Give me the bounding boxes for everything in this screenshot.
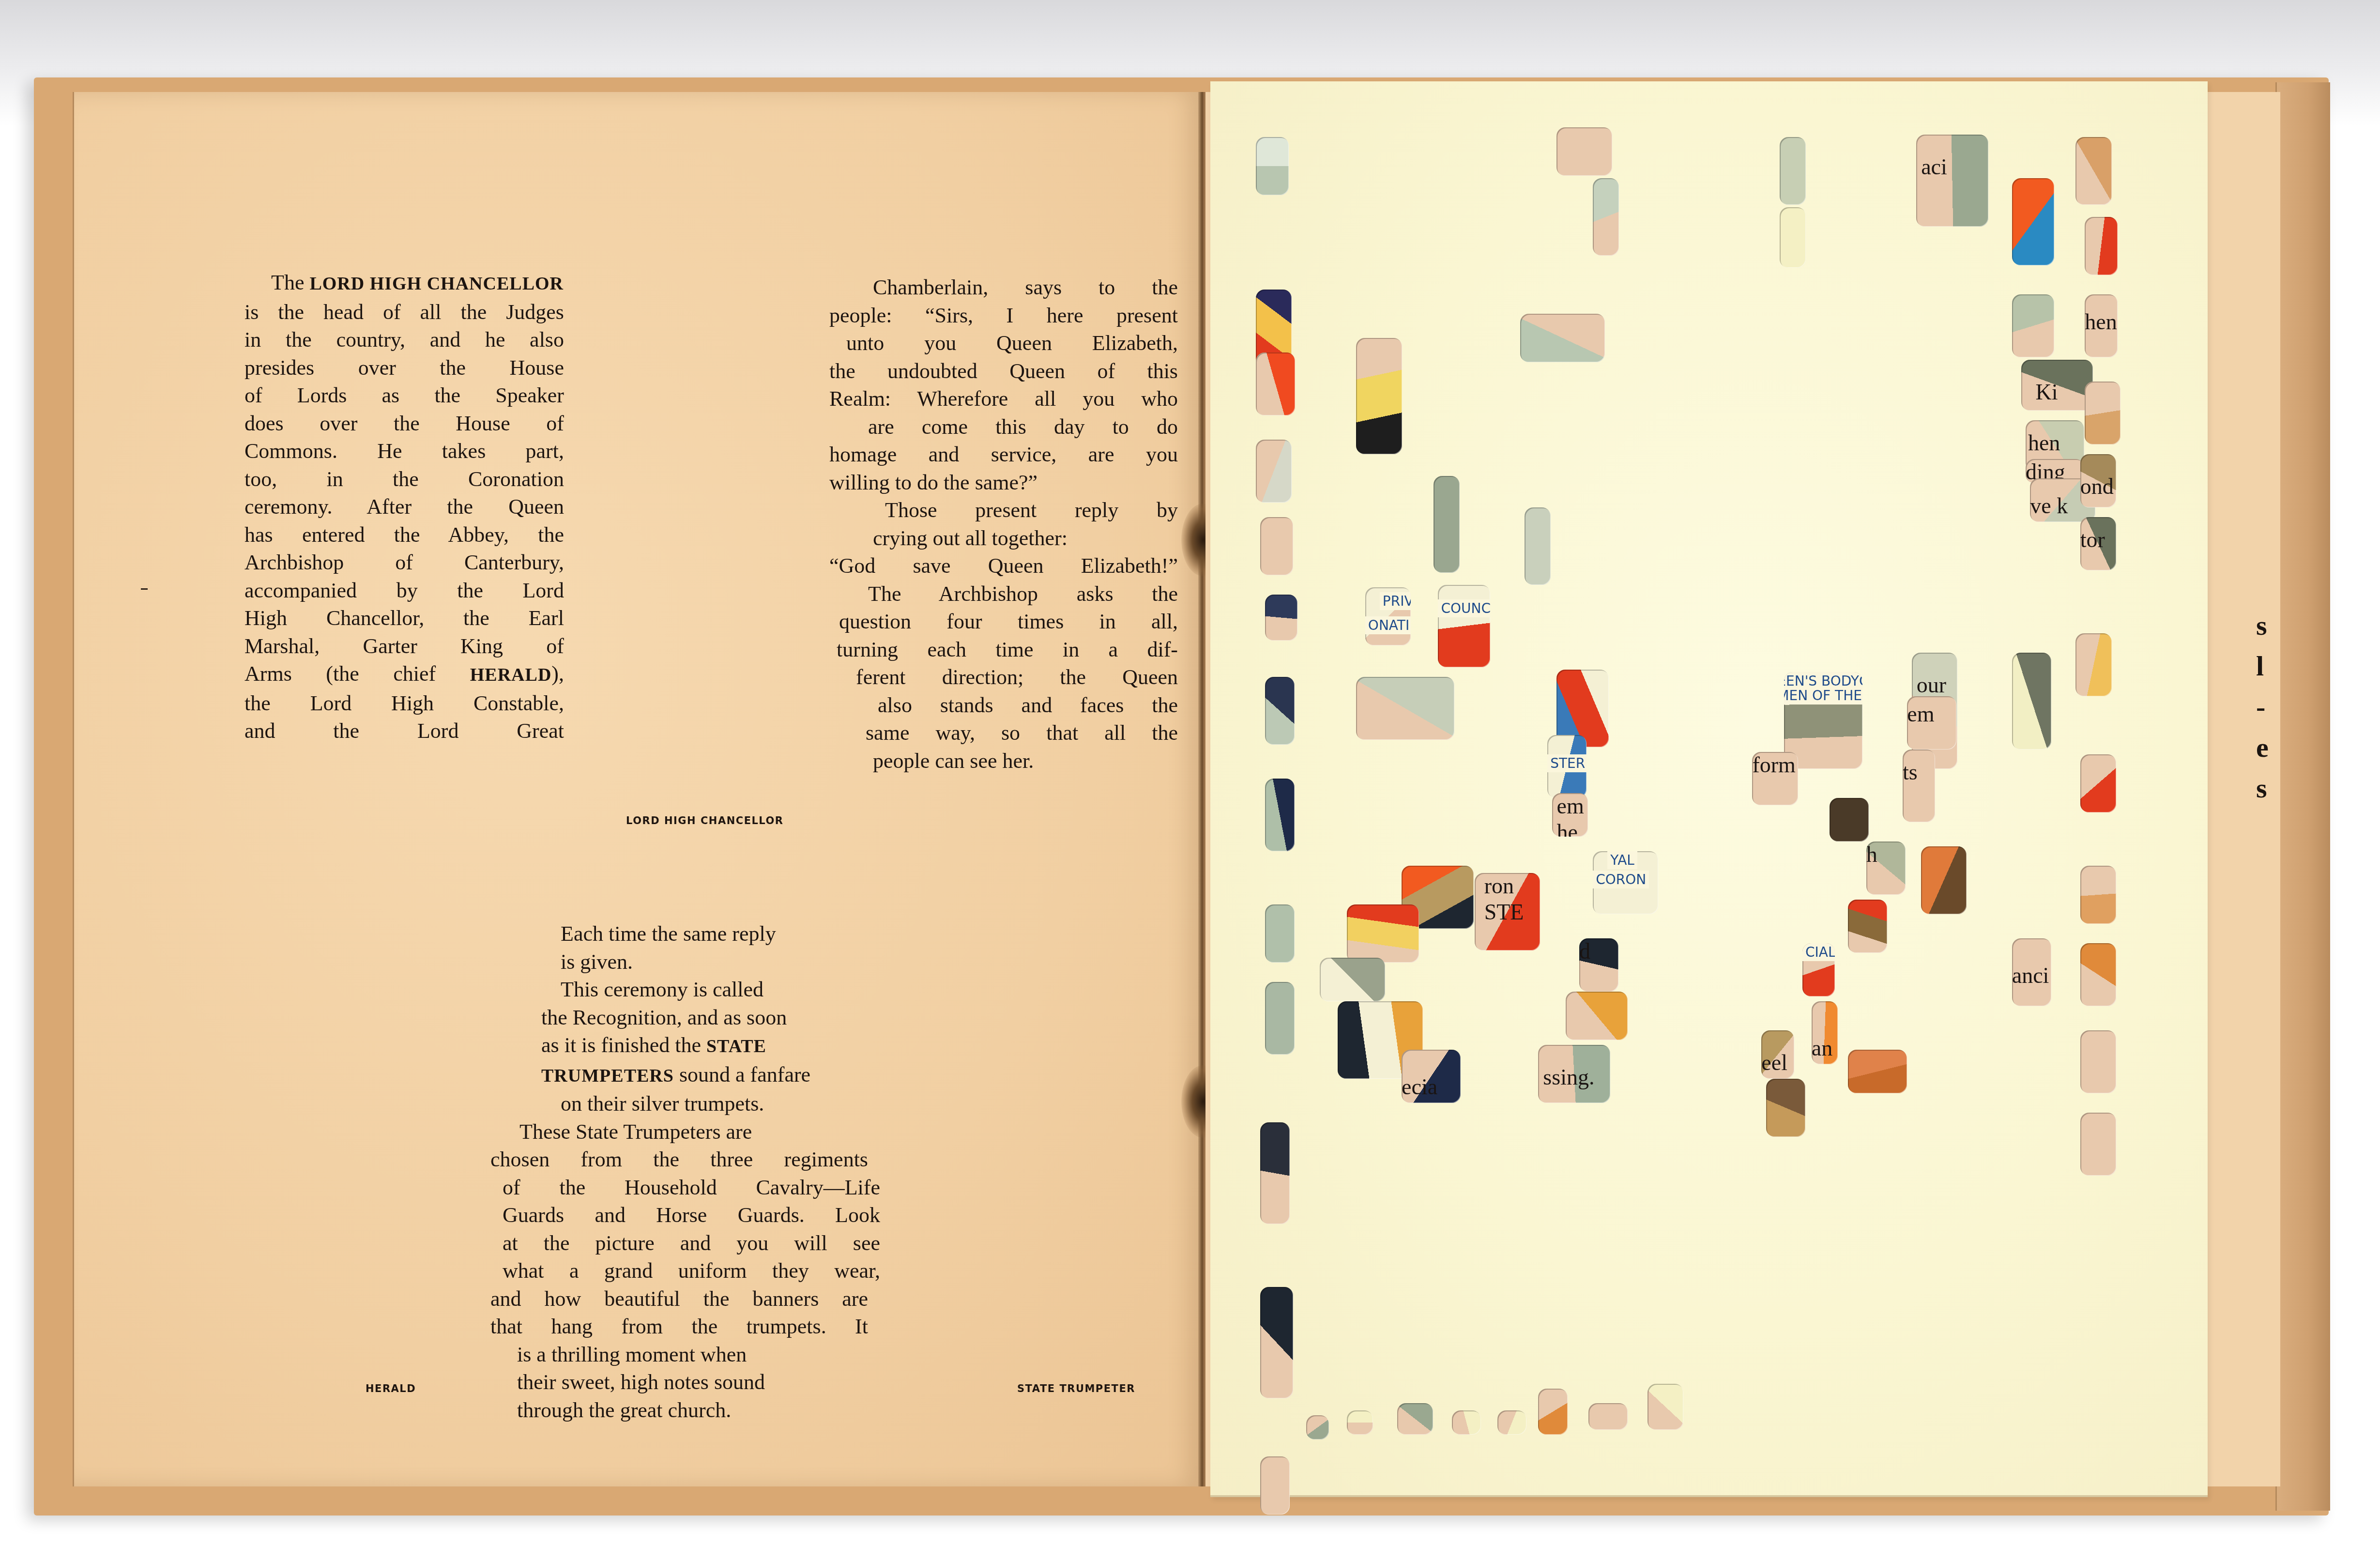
stencil-cutout-window: form	[1752, 752, 1798, 805]
stencil-cutout-window	[1525, 507, 1551, 585]
stencil-cutout-window	[2075, 633, 2111, 696]
stencil-cutout-window	[2080, 1113, 2116, 1176]
text-line: “God save Queen Elizabeth!”	[829, 552, 1178, 580]
stencil-cutout-window	[1260, 517, 1293, 575]
fragment-text: ts	[1903, 759, 1918, 785]
text-line: Arms (the chief HERALD),	[244, 660, 564, 689]
underlying-letter: l	[2256, 646, 2275, 687]
stencil-cutout-window	[1265, 595, 1298, 641]
caption-state-trumpeter: STATE TRUMPETER	[1017, 1383, 1135, 1394]
stencil-cutout-window: anci	[2012, 938, 2051, 1006]
text-line: of Lords as the Speaker	[244, 382, 564, 410]
text-line: This ceremony is called	[490, 976, 897, 1004]
stencil-cutout-window	[1265, 904, 1295, 963]
stencil-cutout-window	[1306, 1415, 1329, 1439]
stencil-cutout-window: ond	[2080, 454, 2116, 507]
underlying-letter: e	[2256, 727, 2275, 768]
stencil-cutout-window: PRIVONATI	[1365, 587, 1411, 645]
text-line: and the Lord Great	[244, 717, 564, 745]
fragment-label: MEN OF THE GUAR	[1784, 687, 1862, 704]
text-line: are come this day to do	[829, 413, 1178, 441]
text-line: Marshal, Garter King of	[244, 632, 564, 660]
text-line: same way, so that all the	[829, 719, 1178, 747]
text-line: ceremony. After the Queen	[244, 493, 564, 521]
fragment-text: ve k	[2030, 493, 2068, 519]
stencil-cutout-window	[2080, 754, 2116, 812]
stencil-cutout-window	[1593, 178, 1619, 256]
stencil-cutout-window: em he	[1552, 793, 1588, 837]
text-line: through the great church.	[490, 1396, 897, 1424]
caption-herald: HERALD	[366, 1383, 416, 1394]
stencil-cutout-window	[1452, 1410, 1481, 1435]
stencil-cutout-window: h	[1866, 842, 1906, 895]
stencil-cutout-window	[1260, 1122, 1290, 1224]
text-line: at the picture and you will see	[490, 1229, 880, 1257]
stencil-cutout-window	[1921, 846, 1967, 914]
stencil-cutout-window	[1566, 992, 1628, 1040]
fragment-label: ONATI	[1365, 616, 1411, 634]
text-line: High Chancellor, the Earl	[244, 604, 564, 632]
stencil-cutout-window	[2012, 294, 2055, 357]
stencil-cutout-window: YALCORON	[1593, 851, 1658, 914]
stencil-cutout-window	[2012, 178, 2055, 265]
fragment-text: hen	[2028, 430, 2060, 456]
stencil-cutout-window	[2085, 217, 2118, 275]
stencil-cutout-window: ecia	[1402, 1050, 1461, 1103]
fragment-label: CIAL	[1802, 943, 1835, 961]
text-line: question four times in all,	[829, 608, 1178, 636]
text-line: the undoubted Queen of this	[829, 357, 1178, 385]
text-line: The Archbishop asks the	[829, 580, 1178, 608]
stencil-cutout-window	[1520, 314, 1605, 362]
stencil-cutout-window: hen	[2085, 294, 2118, 357]
fragment-text: ssing.	[1543, 1064, 1594, 1090]
text-column-lord-chancellor: The LORD HIGH CHANCELLORis the head of a…	[244, 269, 564, 745]
stencil-cutout-window: tor	[2080, 517, 2116, 570]
stencil-cutout-window	[2080, 1030, 2116, 1093]
stencil-cutout-window: CIAL	[1802, 943, 1835, 996]
stencil-cutout-window	[1256, 137, 1289, 195]
text-line: Commons. He takes part,	[244, 437, 564, 465]
text-line: on their silver trumpets.	[490, 1090, 897, 1118]
fragment-text: h	[1866, 842, 1877, 868]
text-line: crying out all together:	[829, 524, 1178, 552]
text-line: homage and service, are you	[829, 441, 1178, 469]
stencil-cutout-window	[1256, 352, 1295, 415]
text-line: their sweet, high notes sound	[490, 1368, 897, 1396]
stencil-cutout-window	[2080, 943, 2116, 1006]
text-line: These State Trumpeters are	[490, 1118, 897, 1146]
stencil-cutout-window: aci	[1916, 135, 1988, 227]
text-line: Those present reply by	[829, 496, 1178, 524]
fragment-label: PRIV	[1380, 592, 1411, 610]
fragment-text: d	[1579, 938, 1590, 964]
stencil-cutout-window	[1848, 1050, 1907, 1093]
stencil-cutout-window	[2085, 382, 2121, 444]
fragment-label: YAL	[1607, 851, 1637, 869]
stencil-cutout-window	[1588, 1403, 1628, 1430]
stencil-cutout-window	[1780, 137, 1806, 205]
text-line: in the country, and he also	[244, 326, 564, 354]
stencil-cutout-window: STER	[1547, 735, 1587, 798]
text-line: TRUMPETERS sound a fanfare	[490, 1061, 897, 1090]
stencil-cutout-window	[1347, 1410, 1373, 1435]
text-line: of the Household Cavalry—Life	[490, 1174, 880, 1202]
stencil-cutout-window: an	[1812, 1001, 1838, 1064]
text-column-trumpeters: Each time the same replyis given.This ce…	[490, 920, 897, 1424]
fragment-text: tor	[2080, 527, 2105, 553]
left-page: The LORD HIGH CHANCELLORis the head of a…	[73, 92, 1202, 1486]
underlying-letter: -	[2256, 687, 2275, 727]
underlying-letter: s	[2256, 768, 2275, 809]
caption-lord-high-chancellor: LORD HIGH CHANCELLOR	[626, 815, 784, 827]
stencil-cutout-window	[1830, 798, 1869, 842]
stencil-cutout-window	[1848, 900, 1887, 953]
underlying-letter: s	[2256, 605, 2275, 646]
stencil-cutout-window	[2080, 866, 2116, 924]
fragment-text: form	[1752, 752, 1795, 778]
text-line: has entered the Abbey, the	[244, 521, 564, 549]
stencil-cutout-window	[1347, 904, 1419, 963]
stencil-cutout-window	[1265, 677, 1295, 745]
fragment-text: ecia	[1402, 1074, 1437, 1100]
stencil-cutout-window: eel	[1761, 1030, 1794, 1079]
fragment-label: CORON	[1593, 871, 1649, 888]
stencil-cutout-window	[1397, 1403, 1433, 1435]
stencil-cutout-window: EEN'S BODYGUARDMEN OF THE GUAR	[1784, 672, 1862, 769]
stencil-cutout-page: aciKihendingve kPRIVONATICOUNCISTERem he…	[1210, 81, 2208, 1497]
text-line: people can see her.	[829, 747, 1178, 775]
text-line: chosen from the three regiments	[490, 1146, 868, 1174]
stencil-cutout-window: em	[1907, 696, 1956, 750]
fragment-label: COUNCI	[1438, 599, 1490, 617]
fragment-text: em	[1907, 701, 1934, 727]
text-line: accompanied by the Lord	[244, 577, 564, 605]
fragment-text: em he	[1557, 793, 1584, 837]
stencil-cutout-window	[1780, 207, 1806, 268]
text-line: is given.	[490, 948, 897, 976]
text-line: presides over the House	[244, 354, 564, 382]
fragment-text: an	[1812, 1035, 1832, 1061]
text-line: ferent direction; the Queen	[829, 663, 1178, 691]
stencil-cutout-window	[1434, 476, 1460, 573]
text-line: that hang from the trumpets. It	[490, 1313, 868, 1341]
stencil-cutout-window	[1538, 1389, 1568, 1435]
stencil-cutout-window	[1265, 779, 1295, 851]
stencil-cutout-window	[1766, 1079, 1805, 1137]
fragment-text: aci	[1921, 154, 1947, 180]
scan-mark	[141, 588, 148, 590]
text-line: turning each time in a dif-	[829, 636, 1178, 664]
stencil-cutout-window	[1356, 677, 1454, 740]
stencil-cutout-window: COUNCI	[1438, 585, 1490, 667]
text-line: willing to do the same?”	[829, 469, 1178, 497]
underlying-page-letters: sl-es	[2256, 605, 2275, 809]
fragment-text: ond	[2080, 474, 2114, 500]
stencil-cutout-window	[1356, 338, 1402, 454]
text-column-recognition: Chamberlain, says to thepeople: “Sirs, I…	[829, 274, 1178, 775]
stencil-cutout-window: Ki	[2021, 360, 2093, 411]
stencil-cutout-window	[1320, 958, 1385, 1001]
text-line: Guards and Horse Guards. Look	[490, 1201, 880, 1229]
stencil-cutout-window	[1648, 1384, 1683, 1430]
text-line: is a thrilling moment when	[490, 1341, 897, 1369]
text-line: is the head of all the Judges	[244, 298, 564, 326]
text-line: the Lord High Constable,	[244, 689, 564, 718]
stencil-cutout-window: ron STE	[1475, 873, 1540, 950]
stencil-cutout-window	[2075, 137, 2111, 205]
fragment-text: our	[1917, 672, 1946, 698]
stencil-cutout-window	[1260, 1456, 1290, 1515]
text-line: also stands and faces the	[829, 691, 1178, 719]
stencil-cutout-window	[1260, 1287, 1293, 1398]
stencil-cutout-window	[1256, 440, 1292, 503]
stencil-cutout-window	[1265, 982, 1295, 1055]
text-line: people: “Sirs, I here present	[829, 302, 1178, 330]
stencil-cutout-window	[1556, 127, 1612, 176]
fragment-text: ron STE	[1484, 873, 1524, 925]
stencil-cutout-window	[2012, 653, 2051, 750]
text-line: Each time the same reply	[490, 920, 897, 948]
text-line: Chamberlain, says to the	[829, 274, 1178, 302]
fragment-text: anci	[2012, 963, 2049, 989]
text-line: what a grand uniform they wear,	[490, 1257, 880, 1285]
cover-edge	[2275, 82, 2330, 1511]
stencil-cutout-window	[1497, 1410, 1527, 1435]
text-line: the Recognition, and as soon	[490, 1004, 897, 1032]
open-booklet: The LORD HIGH CHANCELLORis the head of a…	[34, 77, 2377, 1520]
text-line: too, in the Coronation	[244, 465, 564, 493]
fragment-text: Ki	[2036, 379, 2058, 405]
text-line: does over the House of	[244, 410, 564, 438]
text-line: as it is finished the STATE	[490, 1031, 897, 1061]
text-line: Realm: Wherefore all you who	[829, 385, 1178, 413]
text-line: Archbishop of Canterbury,	[244, 549, 564, 577]
fragment-label: STER	[1547, 754, 1587, 772]
stencil-cutout-window: d	[1579, 938, 1618, 992]
fragment-text: hen	[2085, 309, 2117, 335]
text-line: The LORD HIGH CHANCELLOR	[244, 269, 564, 298]
text-line: and how beautiful the banners are	[490, 1285, 868, 1313]
text-line: unto you Queen Elizabeth,	[829, 329, 1178, 357]
stencil-cutout-window: ssing.	[1538, 1045, 1610, 1103]
stencil-cutout-window: ts	[1903, 750, 1936, 822]
fragment-text: eel	[1761, 1050, 1787, 1076]
